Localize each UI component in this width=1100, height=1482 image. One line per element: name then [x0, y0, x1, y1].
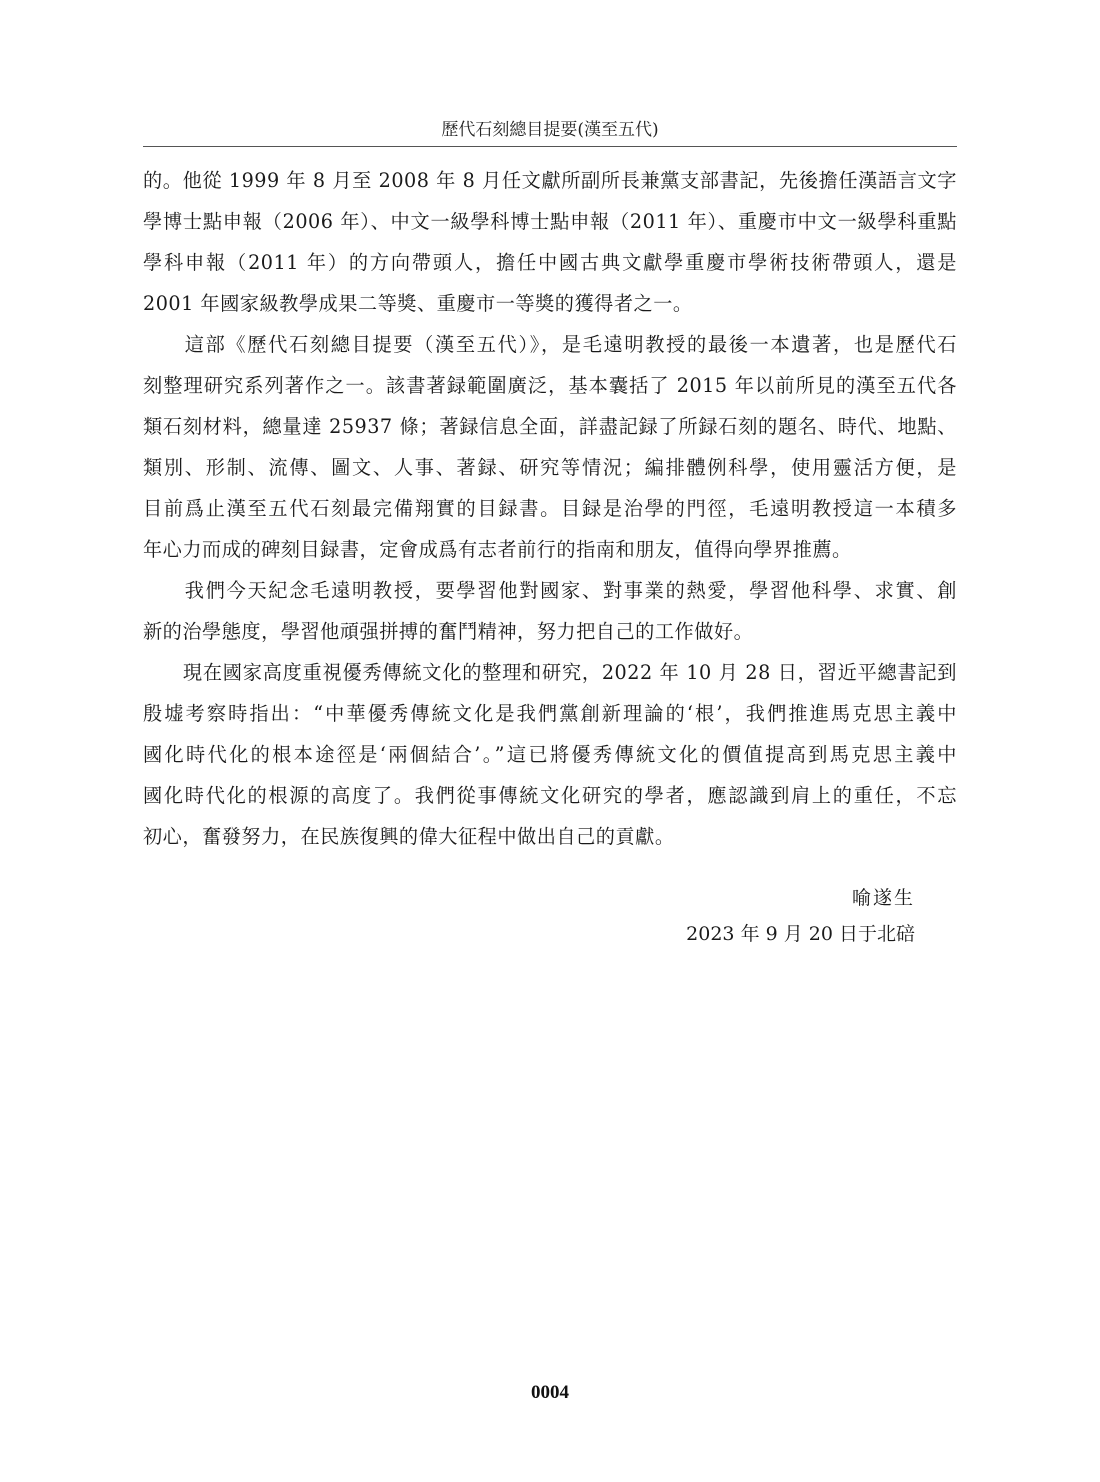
running-head: 歷代石刻總目提要(漢至五代) [143, 119, 957, 141]
body-text: 的。他從 1999 年 8 月至 2008 年 8 月任文獻所副所長兼黨支部書記… [143, 160, 957, 857]
text-line: 學博士點申報（2006 年）、中文一級學科博士點申報（2011 年）、重慶市中文… [143, 201, 957, 242]
text-line: 我們今天紀念毛遠明教授，要學習他對國家、對事業的熱愛，學習他科學、求實、創 [143, 570, 957, 611]
paragraph-3: 我們今天紀念毛遠明教授，要學習他對國家、對事業的熱愛，學習他科學、求實、創 新的… [143, 570, 957, 652]
header-rule-divider [143, 146, 957, 147]
text-line: 國化時代化的根源的高度了。我們從事傳統文化研究的學者，應認識到肩上的重任，不忘 [143, 775, 957, 816]
paragraph-4: 現在國家高度重視優秀傳統文化的整理和研究，2022 年 10 月 28 日，習近… [143, 652, 957, 857]
text-line: 的。他從 1999 年 8 月至 2008 年 8 月任文獻所副所長兼黨支部書記… [143, 160, 957, 201]
signature-block: 喻遂生 2023 年 9 月 20 日于北碚 [686, 880, 915, 952]
text-line: 學科申報（2011 年）的方向帶頭人，擔任中國古典文獻學重慶市學術技術帶頭人，還… [143, 242, 957, 283]
document-page: 歷代石刻總目提要(漢至五代) 的。他從 1999 年 8 月至 2008 年 8… [0, 0, 1100, 1482]
text-line: 目前爲止漢至五代石刻最完備翔實的目録書。目録是治學的門徑，毛遠明教授這一本積多 [143, 488, 957, 529]
text-line: 殷墟考察時指出：“中華優秀傳統文化是我們黨創新理論的‘根’，我們推進馬克思主義中 [143, 693, 957, 734]
page-number: 0004 [0, 1381, 1100, 1405]
author-name: 喻遂生 [686, 880, 915, 916]
paragraph-2: 這部《歷代石刻總目提要（漢至五代）》，是毛遠明教授的最後一本遺著，也是歷代石 刻… [143, 324, 957, 570]
text-line: 年心力而成的碑刻目録書，定會成爲有志者前行的指南和朋友，值得向學界推薦。 [143, 529, 957, 570]
text-line: 刻整理研究系列著作之一。該書著録範圍廣泛，基本囊括了 2015 年以前所見的漢至… [143, 365, 957, 406]
signature-date-place: 2023 年 9 月 20 日于北碚 [686, 916, 915, 952]
text-line: 類別、形制、流傳、圖文、人事、著録、研究等情況；編排體例科學，使用靈活方便，是 [143, 447, 957, 488]
text-line: 現在國家高度重視優秀傳統文化的整理和研究，2022 年 10 月 28 日，習近… [143, 652, 957, 693]
text-line: 新的治學態度，學習他頑强拼搏的奮鬥精神，努力把自己的工作做好。 [143, 611, 957, 652]
text-line: 國化時代化的根本途徑是‘兩個結合’。”這已將優秀傳統文化的價值提高到馬克思主義中 [143, 734, 957, 775]
text-line: 初心，奮發努力，在民族復興的偉大征程中做出自己的貢獻。 [143, 816, 957, 857]
text-line: 類石刻材料，總量達 25937 條；著録信息全面，詳盡記録了所録石刻的題名、時代… [143, 406, 957, 447]
text-line: 2001 年國家級教學成果二等獎、重慶市一等獎的獲得者之一。 [143, 283, 957, 324]
text-line: 這部《歷代石刻總目提要（漢至五代）》，是毛遠明教授的最後一本遺著，也是歷代石 [143, 324, 957, 365]
paragraph-1: 的。他從 1999 年 8 月至 2008 年 8 月任文獻所副所長兼黨支部書記… [143, 160, 957, 324]
